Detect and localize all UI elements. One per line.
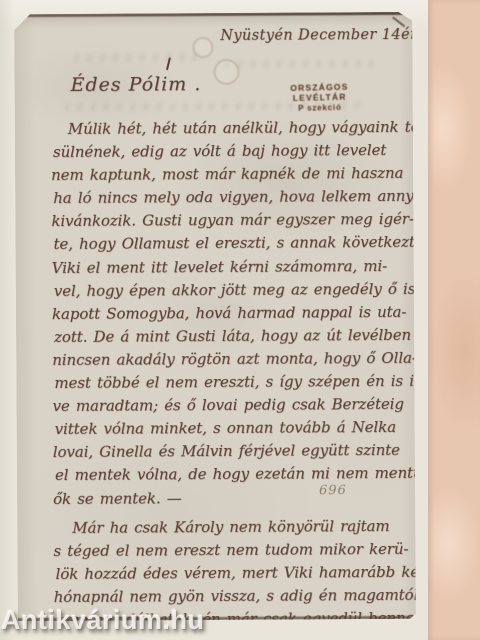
handwritten-line: kapott Somogyba, hová harmad nappal is u…: [52, 301, 412, 326]
handwritten-line: lovai, Ginella és Málvin férjével együtt…: [53, 439, 413, 464]
letter-salutation: Édes Pólim .: [71, 73, 202, 96]
handwritten-line: el mentek vólna, de hogy ezetán mi nem m…: [55, 462, 413, 487]
bleed-through-marks: [74, 53, 204, 62]
archival-number: 696: [319, 483, 347, 498]
bleed-through-marks: [224, 60, 374, 68]
handwritten-line: Múlik hét, hét után anélkül, hogy vágyai…: [51, 116, 411, 141]
handwritten-line: te, hogy Ollamust el ereszti, s annak kö…: [53, 231, 411, 256]
letter-body: Múlik hét, hét után anélkül, hogy vágyai…: [51, 116, 414, 632]
archive-stamp-line1: ORSZÁGOS LEVÉLTÁR: [264, 81, 374, 104]
handwritten-line: nem kaptunk, most már kapnék de mi haszn…: [51, 162, 411, 187]
archive-stamp: ORSZÁGOS LEVÉLTÁR P szekció: [264, 81, 375, 114]
handwritten-line: zott. De á mint Gusti láta, hogy az út l…: [54, 324, 412, 349]
handwritten-line: nincsen akadály rögtön azt monta, hogy ő…: [52, 347, 412, 372]
handwritten-line: sülnének, edig az vólt á baj hogy itt le…: [53, 139, 411, 164]
archive-stamp-line2: P szekció: [265, 102, 375, 114]
handwritten-line: ve maradtam; és ő lovai pedig csak Berzé…: [52, 393, 412, 418]
handwritten-line: lök hozzád édes vérem, mert Viki hamaráb…: [56, 561, 414, 586]
antikvarium-watermark: Antikvárium.hu: [1, 605, 205, 636]
water-spot: [213, 59, 239, 85]
handwritten-line: vittek vólna minket, s onnan tovább á Ne…: [55, 416, 413, 441]
handwritten-line: vel, hogy épen akkor jött meg az engedél…: [54, 277, 412, 302]
corner-fold-mark: [392, 16, 405, 27]
screenshot-root: Nyüstyén December 14én 1855. Édes Pólim …: [0, 0, 480, 640]
book-cover-edge: [428, 0, 480, 640]
handwritten-line: Viki el ment itt levelet kérni számomra,…: [52, 254, 412, 279]
water-spot: [192, 37, 213, 58]
handwritten-line: mest többé el nem ereszti, s így szépen …: [54, 370, 412, 395]
photo-top-edge: [14, 12, 412, 17]
handwritten-line: ha ló nincs mely oda vigyen, hova lelkem…: [53, 185, 411, 210]
handwritten-line: s téged el nem ereszt nem tudom mikor ke…: [53, 537, 413, 562]
handwritten-line: Már ha csak Károly nem könyörül rajtam: [55, 514, 413, 539]
handwritten-line: kivánkozik. Gusti ugyan már egyszer meg …: [51, 208, 411, 233]
letter-photograph: Nyüstyén December 14én 1855. Édes Pólim …: [14, 12, 416, 621]
handwritten-line: ők se mentek. —: [53, 485, 413, 510]
